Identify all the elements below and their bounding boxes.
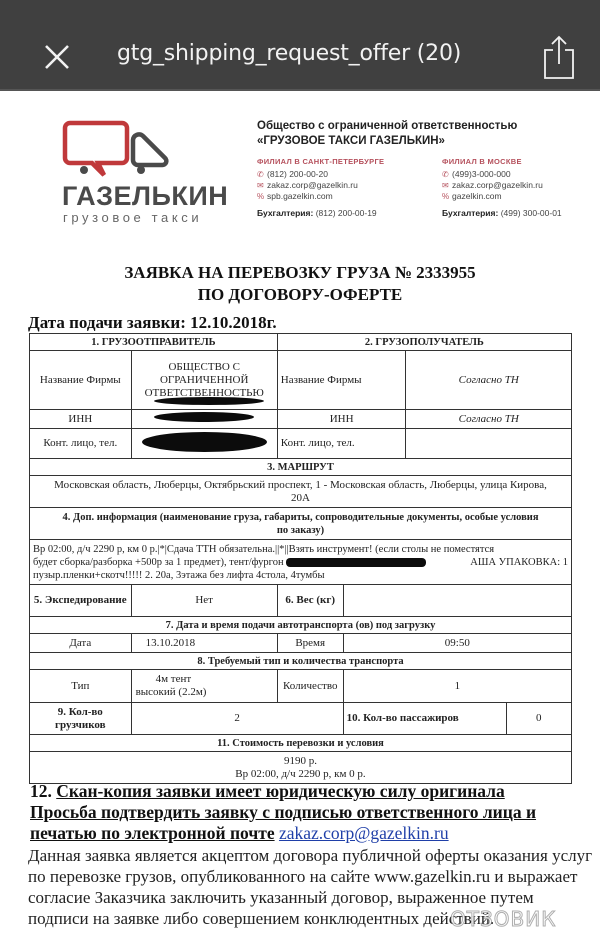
redacted-block [286,558,426,567]
logo-name: ГАЗЕЛЬКИН [62,181,228,212]
notice-line2: Просьба подтвердить заявку с подписью от… [30,802,536,822]
branch-email: zakaz.corp@gazelkin.ru [267,180,358,190]
transport-qty-label: Количество [277,670,343,703]
email-link[interactable]: zakaz.corp@gazelkin.ru [279,823,449,843]
accounting-label: Бухгалтерия: [257,208,313,218]
branch-site: spb.gazelkin.com [267,191,333,201]
branch-heading: ФИЛИАЛ В САНКТ-ПЕТЕРБУРГЕ [257,157,437,169]
cost-details: Вр 02:00, д/ч 2290 р, км 0 р. [33,768,568,781]
share-icon[interactable] [541,34,577,80]
delivery-date-label: Дата [30,634,132,653]
expediting-label: 5. Экспедирование [30,585,132,617]
phone-icon: ✆ [257,169,267,180]
email-icon: ✉ [442,180,452,191]
loaders-label: 9. Кол-во грузчиков [30,703,132,735]
phone-icon: ✆ [442,169,452,180]
shipper-contact-label: Конт. лицо, тел. [30,429,132,459]
transport-qty-value: 1 [343,670,571,703]
accounting-phone: (499) 300-00-01 [501,208,562,218]
link-icon: % [442,191,452,202]
consignee-heading: 2. ГРУЗОПОЛУЧАТЕЛЬ [277,334,571,351]
route-value: Московская область, Люберцы, Октябрьский… [30,476,572,508]
submission-date: Дата подачи заявки: 12.10.2018г. [28,313,277,333]
otzovik-watermark: ОТЗОВИК [450,907,556,931]
transport-heading: 8. Требуемый тип и количества транспорта [30,653,572,670]
link-icon: % [257,191,267,202]
branch-heading: ФИЛИАЛ В МОСКВЕ [442,157,600,169]
shipper-company-label: Название Фирмы [30,351,132,410]
company-name: Общество с ограниченной ответственностью… [257,119,577,149]
extra-info-value: Вр 02:00, д/ч 2290 р, км 0 р.|*|Сдача ТТ… [30,540,572,585]
delivery-time-label: Время [277,634,343,653]
accounting-phone: (812) 200-00-19 [316,208,377,218]
shipper-inn-label: ИНН [30,410,132,429]
branch-spb: ФИЛИАЛ В САНКТ-ПЕТЕРБУРГЕ ✆(812) 200-00-… [257,157,437,218]
close-icon[interactable] [40,40,74,74]
consignee-company-label: Название Фирмы [277,351,406,410]
request-title-line1: ЗАЯВКА НА ПЕРЕВОЗКУ ГРУЗА № 2333955 [0,262,600,284]
email-icon: ✉ [257,180,267,191]
logo-tagline: грузовое такси [63,210,202,225]
extra-info-heading: 4. Доп. информация (наименование груза, … [30,508,572,540]
passengers-value: 0 [506,703,571,735]
passengers-label: 10. Кол-во пассажиров [343,703,506,735]
consignee-company-value: Согласно ТН [406,351,572,410]
shipper-heading: 1. ГРУЗООТПРАВИТЕЛЬ [30,334,278,351]
delivery-date-value: 13.10.2018 [131,634,277,653]
consignee-inn-value: Согласно ТН [406,410,572,429]
branch-site: gazelkin.com [452,191,502,201]
company-line1: Общество с ограниченной ответственностью [257,119,577,134]
accounting-label: Бухгалтерия: [442,208,498,218]
notice-line1: Скан-копия заявки имеет юридическую силу… [56,781,505,801]
redacted-block [142,432,267,452]
transport-type-label: Тип [30,670,132,703]
delivery-time-heading: 7. Дата и время подачи автотранспорта (о… [30,617,572,634]
delivery-time-value: 09:50 [343,634,571,653]
cost-value: 9190 р. Вр 02:00, д/ч 2290 р, км 0 р. [30,752,572,784]
company-line2: «ГРУЗОВОЕ ТАКСИ ГАЗЕЛЬКИН» [257,134,577,149]
branch-moscow: ФИЛИАЛ В МОСКВЕ ✆(499)3-000-000 ✉zakaz.c… [442,157,600,218]
expediting-value: Нет [131,585,277,617]
shipper-company-value: ОБЩЕСТВО С ОГРАНИЧЕННОЙ ОТВЕТСТВЕННОСТЬЮ [131,351,277,410]
cost-amount: 9190 р. [33,755,568,768]
consignee-contact-value [406,429,572,459]
request-title-line2: ПО ДОГОВОРУ-ОФЕРТЕ [0,284,600,306]
shipper-inn-value [131,410,277,429]
redacted-block [154,397,264,405]
request-form-table: 1. ГРУЗООТПРАВИТЕЛЬ 2. ГРУЗОПОЛУЧАТЕЛЬ Н… [29,333,572,784]
document-title: gtg_shipping_request_offer (20) [117,41,461,66]
branch-phone: (499)3-000-000 [452,169,511,179]
weight-value [343,585,571,617]
consignee-inn-label: ИНН [277,410,406,429]
redacted-block [154,412,254,422]
branch-phone: (812) 200-00-20 [267,169,328,179]
cost-heading: 11. Стоимость перевозки и условия [30,735,572,752]
transport-type-value: 4м тент высокий (2.2м) [131,670,277,703]
request-title: ЗАЯВКА НА ПЕРЕВОЗКУ ГРУЗА № 2333955 ПО Д… [0,262,600,306]
weight-label: 6. Вес (кг) [277,585,343,617]
legal-notice: 12. Скан-копия заявки имеет юридическую … [30,781,590,844]
loaders-value: 2 [131,703,343,735]
consignee-contact-label: Конт. лицо, тел. [277,429,406,459]
document-viewer-header: gtg_shipping_request_offer (20) [0,0,600,91]
branch-email: zakaz.corp@gazelkin.ru [452,180,543,190]
route-heading: 3. МАРШРУТ [30,459,572,476]
shipper-contact-value [131,429,277,459]
notice-line3: печатью по электронной почте [30,823,275,843]
